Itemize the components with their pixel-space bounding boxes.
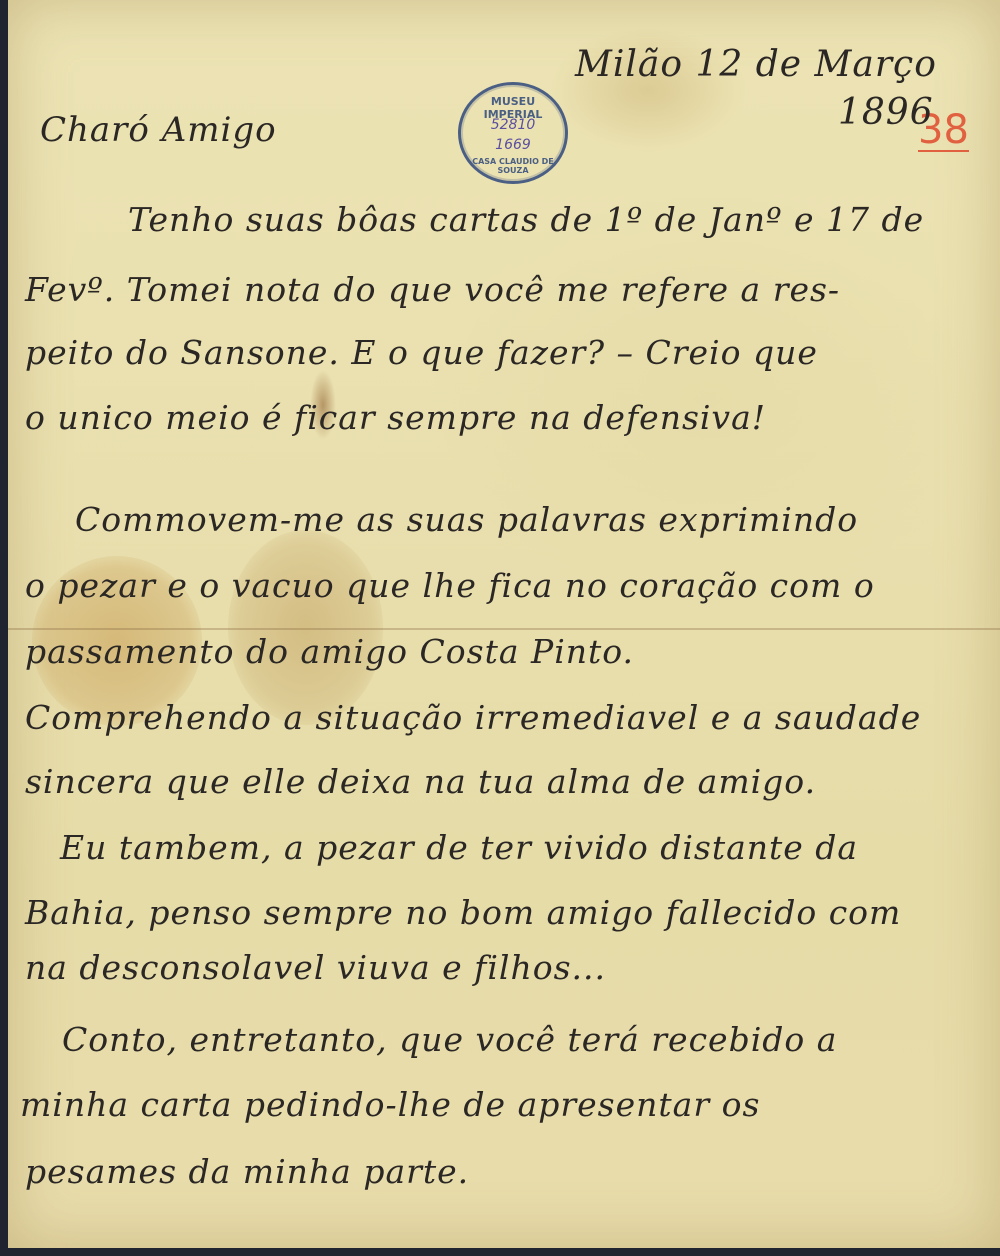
letter-line: o unico meio é ficar sempre na defensiva… [25, 398, 766, 437]
letter-line: passamento do amigo Costa Pinto. [25, 632, 634, 671]
letter-line: Bahia, penso sempre no bom amigo falleci… [25, 893, 901, 932]
fold-crease [8, 628, 1000, 630]
stamp-number-1: 52810 [461, 117, 565, 133]
letter-line: Fevº. Tomei nota do que você me refere a… [25, 270, 840, 309]
letter-line: o pezar e o vacuo que lhe fica no coraçã… [25, 566, 875, 605]
letter-line: Conto, entretanto, que você terá recebid… [62, 1020, 837, 1059]
letter-line: Commovem-me as suas palavras exprimindo [75, 500, 858, 539]
letter-line: pesames da minha parte. [25, 1152, 469, 1191]
letter-line: Comprehendo a situação irremediavel e a … [25, 698, 921, 737]
letter-line: minha carta pedindo-lhe de apresentar os [20, 1085, 760, 1124]
letter-line: Eu tambem, a pezar de ter vivido distant… [60, 828, 858, 867]
place-date: Milão 12 de Março [575, 44, 937, 85]
letter-line: sincera que elle deixa na tua alma de am… [25, 762, 816, 801]
stamp-bottom-text: CASA CLAUDIO DE SOUZA [461, 157, 565, 175]
stamp-number-2: 1669 [461, 137, 565, 153]
year: 1896 [838, 92, 934, 133]
letter-line: peito do Sansone. E o que fazer? – Creio… [25, 333, 818, 372]
letter-line: na desconsolavel viuva e filhos... [25, 948, 606, 987]
museum-stamp: MUSEU IMPERIAL 52810 1669 CASA CLAUDIO D… [458, 82, 568, 184]
letter-line: Tenho suas bôas cartas de 1º de Janº e 1… [128, 200, 924, 239]
salutation: Charó Amigo [40, 110, 277, 150]
